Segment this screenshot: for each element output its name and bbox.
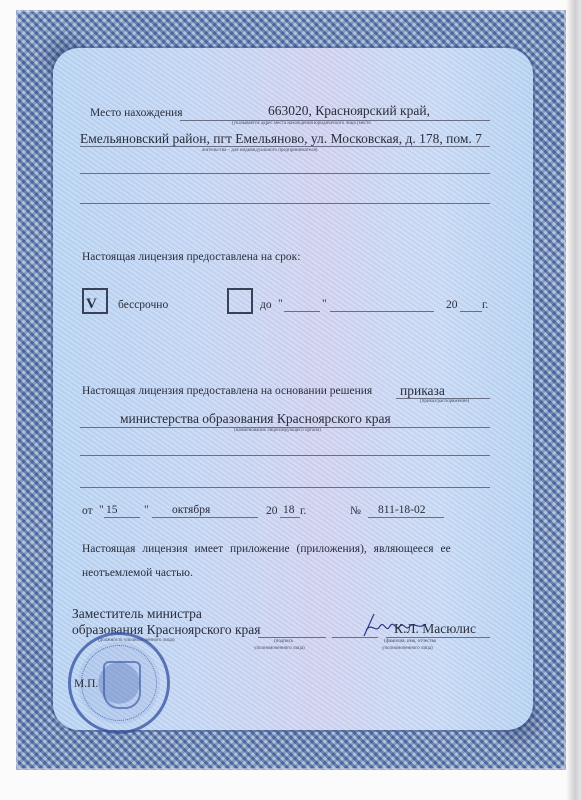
ornament-bottom-right <box>486 690 546 750</box>
date-quote-open: " <box>99 504 104 516</box>
signature-line <box>332 637 378 638</box>
blank-line-1 <box>80 173 490 174</box>
until-day-line <box>284 311 320 312</box>
date-year: 18 <box>283 504 295 516</box>
decision-caption: (приказ/распоряжение) <box>420 399 469 404</box>
blank-line-2 <box>80 203 490 204</box>
authority-name: министерства образования Красноярского к… <box>120 411 391 427</box>
checkbox-until-date[interactable] <box>227 288 253 314</box>
name-caption-2: уполномоченного лица) <box>382 646 433 651</box>
blank-line-4 <box>80 487 490 488</box>
until-year-suffix: г. <box>482 299 488 311</box>
until-year-prefix: 20 <box>446 299 458 311</box>
decision-type: приказа <box>400 383 445 399</box>
date-year-line <box>280 517 300 518</box>
date-prefix: от <box>82 505 93 517</box>
date-day-line <box>104 517 140 518</box>
date-day: 15 <box>106 504 118 516</box>
number-sign: № <box>350 505 361 517</box>
option-indefinite-label: бессрочно <box>118 299 168 311</box>
signature-left-line <box>258 637 326 638</box>
term-label: Настоящая лицензия предоставлена на срок… <box>82 251 300 263</box>
date-year-suffix: г. <box>300 505 306 517</box>
location-value-line2: Емельяновский район, пгт Емельяново, ул.… <box>80 131 482 147</box>
checkbox-indefinite[interactable]: V <box>82 288 108 314</box>
date-month-line <box>152 517 258 518</box>
name-line <box>386 637 490 638</box>
appendix-note-line1: Настоящая лицензия имеет приложение (при… <box>82 543 451 555</box>
location-caption-1: (указывается адрес места нахождения юрид… <box>232 121 371 126</box>
option-until-label: до <box>260 299 272 311</box>
blank-line-3 <box>80 455 490 456</box>
name-caption-1: (фамилия, имя, отчество <box>384 639 436 644</box>
seal-label: М.П. <box>74 678 98 690</box>
date-month: октября <box>172 504 210 516</box>
date-quote-close: " <box>144 504 149 516</box>
signatory-name: К.Л. Масюлис <box>394 621 476 637</box>
location-caption-2: жительства – для индивидуального предпри… <box>202 148 317 153</box>
until-quote-open: " <box>278 298 283 310</box>
signature-caption-1: (подпись <box>274 639 293 644</box>
page-edge-shadow <box>566 0 581 800</box>
until-year-line <box>460 311 482 312</box>
signature-caption-2: уполномоченного лица) <box>254 646 305 651</box>
location-label: Место нахождения <box>90 107 183 119</box>
appendix-note-line2: неотъемлемой частью. <box>82 567 193 579</box>
checkmark-icon: V <box>86 296 97 313</box>
date-year-prefix: 20 <box>266 505 278 517</box>
until-quote-close: " <box>322 298 327 310</box>
basis-label: Настоящая лицензия предоставлена на осно… <box>82 385 372 397</box>
number-line <box>368 517 444 518</box>
ornament-top-left <box>36 30 96 90</box>
signatory-position-line1: Заместитель министра <box>72 606 202 622</box>
location-value-line1: 663020, Красноярский край, <box>268 103 430 119</box>
license-number: 811-18-02 <box>378 504 425 516</box>
authority-caption: (наименование лицензирующего органа) <box>234 428 321 433</box>
until-month-line <box>330 311 434 312</box>
